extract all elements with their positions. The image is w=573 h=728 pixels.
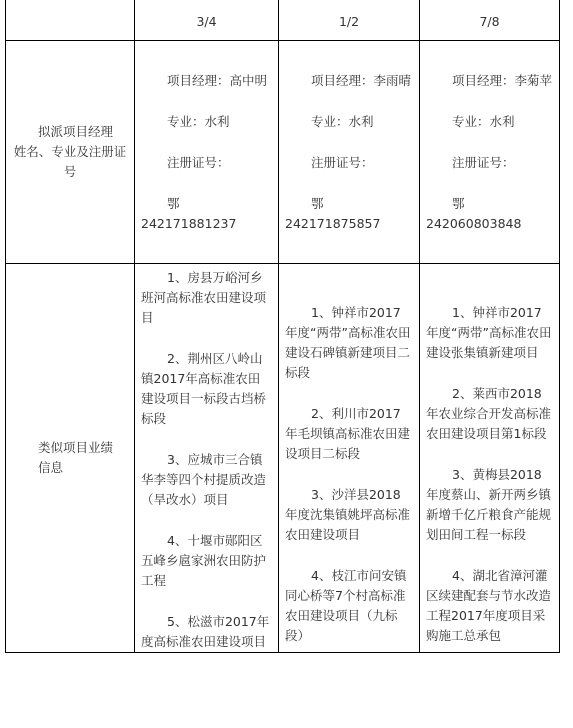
manager-major: 专业：水利 (141, 112, 272, 132)
cert-value: 鄂242060803848 (426, 194, 553, 234)
header-row: 3/4 1/2 7/8 (6, 0, 560, 41)
label-line: 姓名、专业及注册证 (12, 142, 128, 162)
manager-cell-bidder-2: 项目经理：李雨晴 专业：水利 注册证号： 鄂242171875857 (279, 41, 420, 264)
project-item: 4、十堰市郧阳区五峰乡扈家洲农田防护工程 (141, 531, 272, 591)
project-item: 1、钟祥市2017年度“两带”高标准农田建设张集镇新建项目 (426, 303, 553, 363)
project-item: 4、枝江市问安镇同心桥等7个村高标准农田建设项目（九标段） (285, 566, 413, 646)
header-label-cell (6, 0, 135, 41)
cert-label: 注册证号： (285, 153, 413, 173)
cert-value: 鄂242171875857 (285, 194, 413, 234)
performance-cell-bidder-1: 1、房县万峪河乡班河高标准农田建设项目 2、荆州区八岭山镇2017年高标准农田建… (135, 264, 279, 653)
manager-row: 拟派项目经理 姓名、专业及注册证 号 项目经理：高中明 专业：水利 注册证号： … (6, 41, 560, 264)
project-item: 1、钟祥市2017年度“两带”高标准农田建设石碑镇新建项目二标段 (285, 303, 413, 383)
manager-cell-bidder-1: 项目经理：高中明 专业：水利 注册证号： 鄂242171881237 (135, 41, 279, 264)
performance-cell-bidder-2: 1、钟祥市2017年度“两带”高标准农田建设石碑镇新建项目二标段 2、利川市20… (279, 264, 420, 653)
manager-major: 专业：水利 (426, 112, 553, 132)
manager-name: 项目经理：高中明 (141, 71, 272, 91)
performance-cell-bidder-3: 1、钟祥市2017年度“两带”高标准农田建设张集镇新建项目 2、莱西市2018年… (420, 264, 560, 653)
project-item: 3、黄梅县2018年度蔡山、新开两乡镇新增千亿斤粮食产能规划田间工程一标段 (426, 465, 553, 545)
cert-label: 注册证号： (141, 153, 272, 173)
manager-name: 项目经理：李菊苹 (426, 71, 553, 91)
project-item: 3、应城市三合镇华李等四个村提质改造（旱改水）项目 (141, 450, 272, 510)
cert-value: 鄂242171881237 (141, 194, 272, 234)
manager-cell-bidder-3: 项目经理：李菊苹 专业：水利 注册证号： 鄂242060803848 (420, 41, 560, 264)
manager-row-label: 拟派项目经理 姓名、专业及注册证 号 (6, 41, 135, 264)
label-line: 拟派项目经理 (12, 122, 128, 142)
header-value-bidder-3: 7/8 (420, 0, 560, 41)
label-line: 号 (12, 162, 128, 182)
bid-info-table: 3/4 1/2 7/8 拟派项目经理 姓名、专业及注册证 号 项目经理：高中明 … (5, 0, 560, 653)
project-item: 2、荆州区八岭山镇2017年高标准农田建设项目一标段古垱桥标段 (141, 349, 272, 429)
project-item: 2、利川市2017年毛坝镇高标准农田建设项目二标段 (285, 404, 413, 464)
manager-major: 专业：水利 (285, 112, 413, 132)
performance-row-label: 类似项目业绩 信息 (6, 264, 135, 653)
project-item: 1、房县万峪河乡班河高标准农田建设项目 (141, 268, 272, 328)
header-value-bidder-1: 3/4 (135, 0, 279, 41)
header-value-bidder-2: 1/2 (279, 0, 420, 41)
cert-label: 注册证号： (426, 153, 553, 173)
manager-name: 项目经理：李雨晴 (285, 71, 413, 91)
project-item: 3、沙洋县2018年度沈集镇姚坪高标准农田建设项目 (285, 485, 413, 545)
project-item: 2、莱西市2018年农业综合开发高标准农田建设项目第1标段 (426, 384, 553, 444)
label-line: 类似项目业绩 (12, 438, 128, 458)
performance-row: 类似项目业绩 信息 1、房县万峪河乡班河高标准农田建设项目 2、荆州区八岭山镇2… (6, 264, 560, 653)
project-item: 5、松滋市2017年度高标准农田建设项目 (141, 612, 272, 652)
project-item: 4、湖北省漳河灌区续建配套与节水改造工程2017年度项目采购施工总承包 (426, 566, 553, 646)
label-line: 信息 (12, 458, 128, 478)
